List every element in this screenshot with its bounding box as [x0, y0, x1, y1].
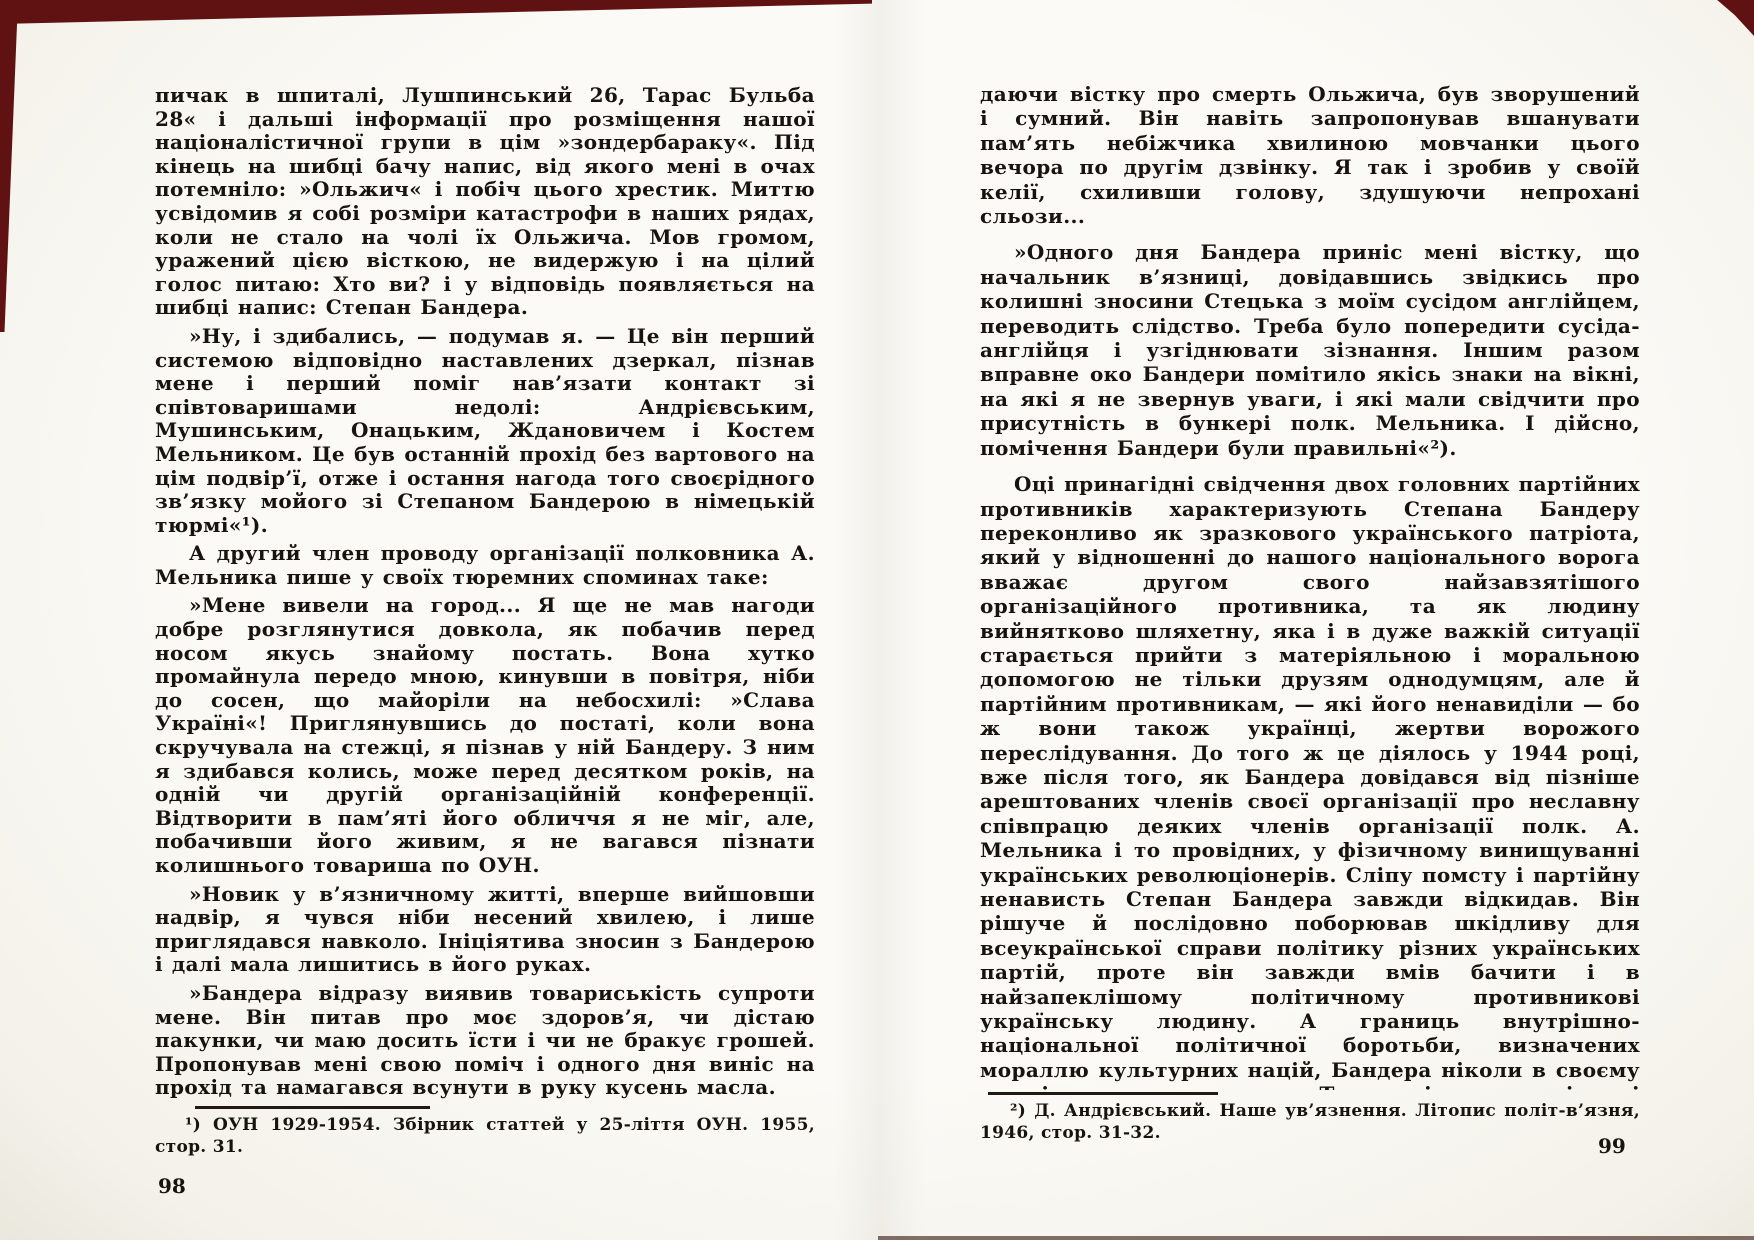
paragraph: »Бандера відразу виявив товариськість су… — [155, 982, 815, 1100]
page-gutter-shadow — [835, 0, 925, 1240]
paragraph: А другий член проводу організації полков… — [155, 542, 815, 589]
paragraph: »Новик у в’язничному житті, вперше вийшо… — [155, 883, 815, 977]
footnote-divider — [988, 1092, 1218, 1095]
paragraph: »Мене вивели на город... Я ще не мав наг… — [155, 594, 815, 877]
paragraph: пичак в шпиталі, Лушпинський 26, Тарас Б… — [155, 84, 815, 320]
paragraph: »Ну, і здибались, — подумав я. — Це він … — [155, 325, 815, 537]
footnote-divider — [195, 1106, 430, 1109]
paragraph: »Одного дня Бандера приніс мені вістку, … — [980, 240, 1640, 460]
right-footnote-block: ²) Д. Андрієвський. Наше ув’язнення. Літ… — [980, 1092, 1640, 1144]
left-page: пичак в шпиталі, Лушпинський 26, Тарас Б… — [155, 84, 815, 1102]
footnote: ¹) ОУН 1929-1954. Збірник статтей у 25-л… — [155, 1115, 815, 1158]
left-footnote-block: ¹) ОУН 1929-1954. Збірник статтей у 25-л… — [155, 1106, 815, 1158]
page-number-left: 98 — [158, 1174, 186, 1198]
page-number-right: 99 — [1598, 1134, 1626, 1158]
scan-edge-left — [0, 0, 18, 332]
paragraph: даючи вістку про смерть Ольжича, був зво… — [980, 82, 1640, 228]
paragraph: Оці принагідні свідчення двох головних п… — [980, 472, 1640, 1090]
footnote: ²) Д. Андрієвський. Наше ув’язнення. Літ… — [980, 1101, 1640, 1144]
book-scan-spread: пичак в шпиталі, Лушпинський 26, Тарас Б… — [0, 0, 1754, 1240]
scan-edge-bottom — [878, 1236, 1754, 1240]
scan-corner-top-right — [1714, 0, 1754, 36]
right-page: даючи вістку про смерть Ольжича, був зво… — [980, 82, 1640, 1090]
scan-edge-top — [0, 0, 872, 24]
